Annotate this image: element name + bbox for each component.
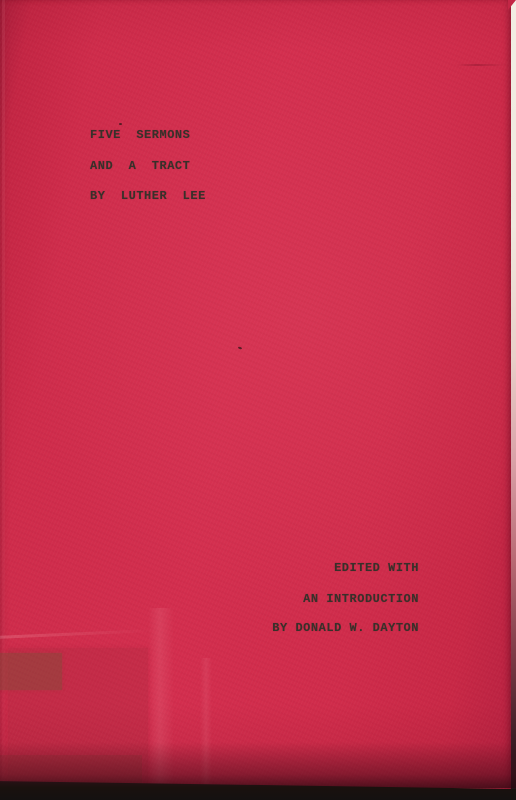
- book-front-cover: FIVE SERMONS AND A TRACT BY LUTHER LEE E…: [0, 0, 511, 800]
- editor-credit-line: AN INTRODUCTION: [303, 592, 419, 606]
- spine-edge-highlight: [2, 0, 5, 800]
- title-line: FIVE SERMONS: [90, 128, 190, 142]
- title-line: AND A TRACT: [90, 159, 190, 173]
- crease-line: [456, 64, 506, 66]
- tape-residue-patch: [8, 648, 148, 788]
- book-cover-scan: FIVE SERMONS AND A TRACT BY LUTHER LEE E…: [0, 0, 516, 800]
- ink-speck: [119, 123, 122, 125]
- tape-residue-patch: [0, 653, 62, 690]
- editor-credit-line: BY DONALD W. DAYTON: [272, 621, 419, 635]
- editor-credit-line: EDITED WITH: [334, 561, 419, 575]
- ink-speck: [238, 346, 242, 349]
- author-line: BY LUTHER LEE: [90, 189, 206, 203]
- crease-line: [0, 628, 170, 638]
- crease-line: [200, 658, 212, 788]
- paper-grain-texture: [0, 0, 511, 800]
- crease-line: [148, 608, 174, 788]
